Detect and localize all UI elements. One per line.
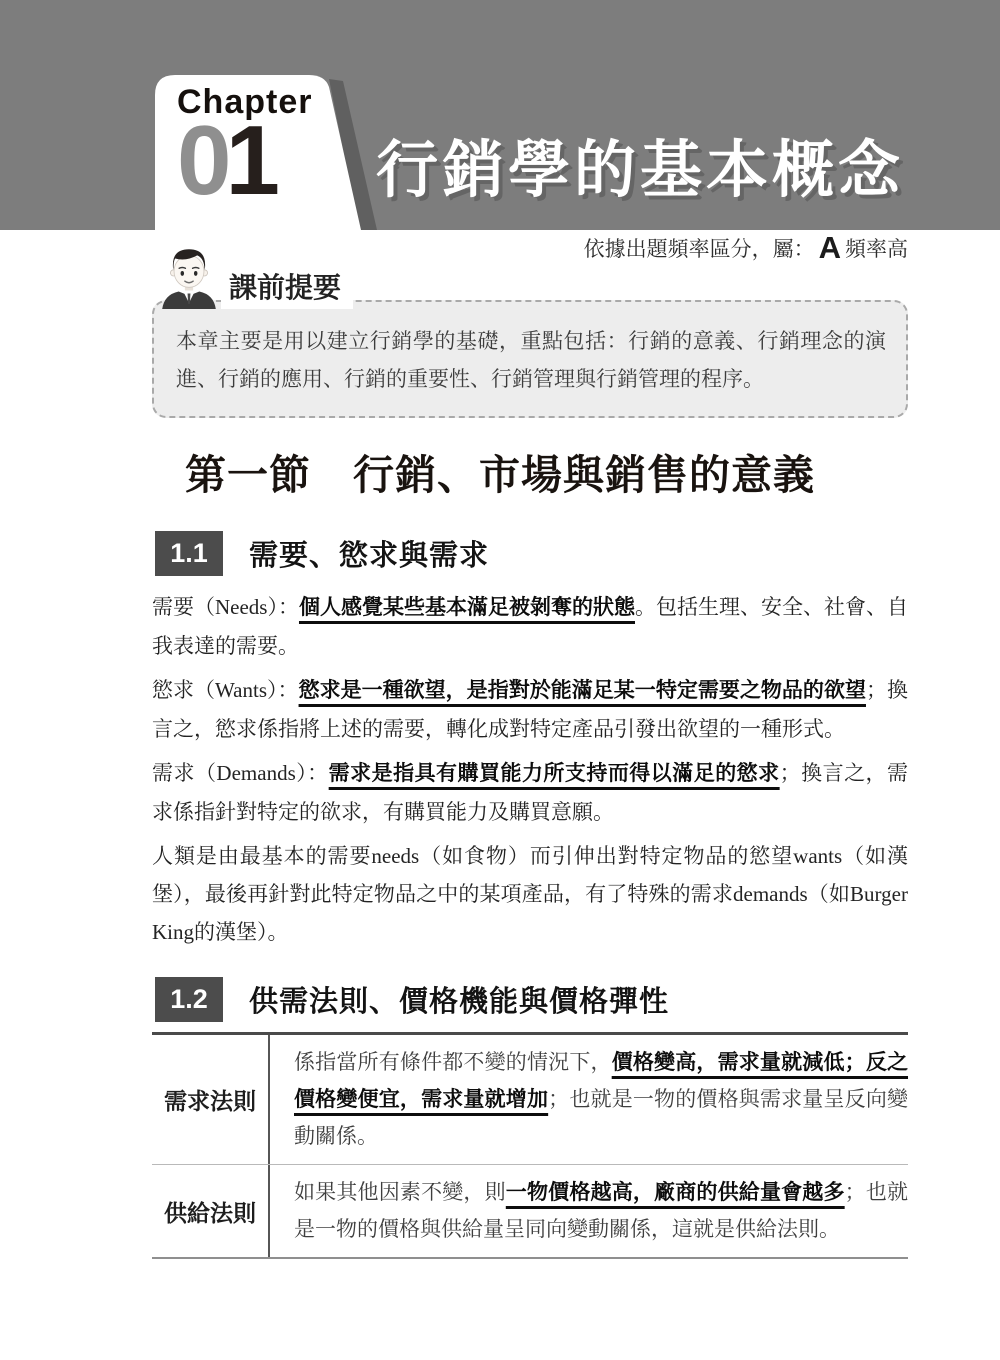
paragraph-emphasis: 慾求是一種欲望，是指對於能滿足某一特定需要之物品的欲望 xyxy=(299,679,866,702)
law-term: 供給法則 xyxy=(152,1165,268,1257)
chapter-title: 行銷學的基本概念 xyxy=(376,120,904,209)
laws-table: 需求法則 係指當所有條件都不變的情況下，價格變高，需求量就減低；反之價格變便宜，… xyxy=(152,1032,908,1259)
chapter-number-zero: 0 xyxy=(177,105,226,215)
subsection-number-badge: 1.1 xyxy=(155,531,223,576)
paragraph-segment: 需求（Demands）： xyxy=(152,761,329,785)
chapter-number-one: 1 xyxy=(226,105,275,215)
subsection-title: 需要、慾求與需求 xyxy=(249,533,489,574)
law-segment: 係指當所有條件都不變的情況下， xyxy=(294,1051,612,1074)
paragraph-demands: 需求（Demands）：需求是指具有購買能力所支持而得以滿足的慾求；換言之，需求… xyxy=(152,754,908,831)
teacher-avatar-icon xyxy=(157,243,221,309)
paragraph-segment: 需要（Needs）： xyxy=(152,595,299,619)
subsection-title: 供需法則、價格機能與價格彈性 xyxy=(249,979,669,1020)
paragraph-emphasis: 需求是指具有購買能力所支持而得以滿足的慾求 xyxy=(329,762,780,785)
preview-box: 本章主要是用以建立行銷學的基礎，重點包括：行銷的意義、行銷理念的演進、行銷的應用… xyxy=(152,300,908,418)
law-term: 需求法則 xyxy=(152,1035,268,1164)
paragraph-segment: 人類是由最基本的需要needs（如食物）而引伸出對特定物品的慾望wants（如漢… xyxy=(152,844,908,944)
paragraph-needs: 需要（Needs）：個人感覺某些基本滿足被剝奪的狀態。包括生理、安全、社會、自我… xyxy=(152,588,908,665)
paragraph-emphasis: 個人感覺某些基本滿足被剝奪的狀態 xyxy=(299,596,635,619)
page-root: { "banner": { "chapter_label": "Chapter"… xyxy=(0,0,1000,1360)
table-row: 需求法則 係指當所有條件都不變的情況下，價格變高，需求量就減低；反之價格變便宜，… xyxy=(152,1035,908,1164)
subsection-1-1: 1.1 需要、慾求與需求 xyxy=(155,531,489,576)
law-segment: 如果其他因素不變，則 xyxy=(294,1181,506,1204)
chapter-card: Chapter 01 xyxy=(153,73,385,230)
law-description: 如果其他因素不變，則一物價格越高，廠商的供給量會越多；也就是一物的價格與供給量呈… xyxy=(268,1165,908,1257)
frequency-note-suffix: 頻率高 xyxy=(845,238,908,261)
body-copy: 需要（Needs）：個人感覺某些基本滿足被剝奪的狀態。包括生理、安全、社會、自我… xyxy=(152,588,908,958)
frequency-note-prefix: 依據出題頻率區分，屬： xyxy=(584,238,815,261)
paragraph-needs-chain: 人類是由最基本的需要needs（如食物）而引伸出對特定物品的慾望wants（如漢… xyxy=(152,837,908,952)
paragraph-segment: 慾求（Wants）： xyxy=(152,678,299,702)
law-emphasis: 一物價格越高，廠商的供給量會越多 xyxy=(506,1181,845,1204)
section-heading: 第一節 行銷、市場與銷售的意義 xyxy=(0,442,1000,501)
chapter-banner: Chapter 01 行銷學的基本概念 xyxy=(0,0,1000,230)
law-description: 係指當所有條件都不變的情況下，價格變高，需求量就減低；反之價格變便宜，需求量就增… xyxy=(268,1035,908,1164)
frequency-grade-badge: A xyxy=(819,230,841,265)
preview-label: 課前提要 xyxy=(221,271,353,309)
subsection-1-2: 1.2 供需法則、價格機能與價格彈性 xyxy=(155,977,669,1022)
table-row: 供給法則 如果其他因素不變，則一物價格越高，廠商的供給量會越多；也就是一物的價格… xyxy=(152,1164,908,1257)
frequency-note: 依據出題頻率區分，屬：A頻率高 xyxy=(152,231,908,267)
paragraph-wants: 慾求（Wants）：慾求是一種欲望，是指對於能滿足某一特定需要之物品的欲望；換言… xyxy=(152,671,908,748)
subsection-number-badge: 1.2 xyxy=(155,977,223,1022)
preview-text: 本章主要是用以建立行銷學的基礎，重點包括：行銷的意義、行銷理念的演進、行銷的應用… xyxy=(176,330,886,391)
chapter-number: 01 xyxy=(177,109,274,212)
